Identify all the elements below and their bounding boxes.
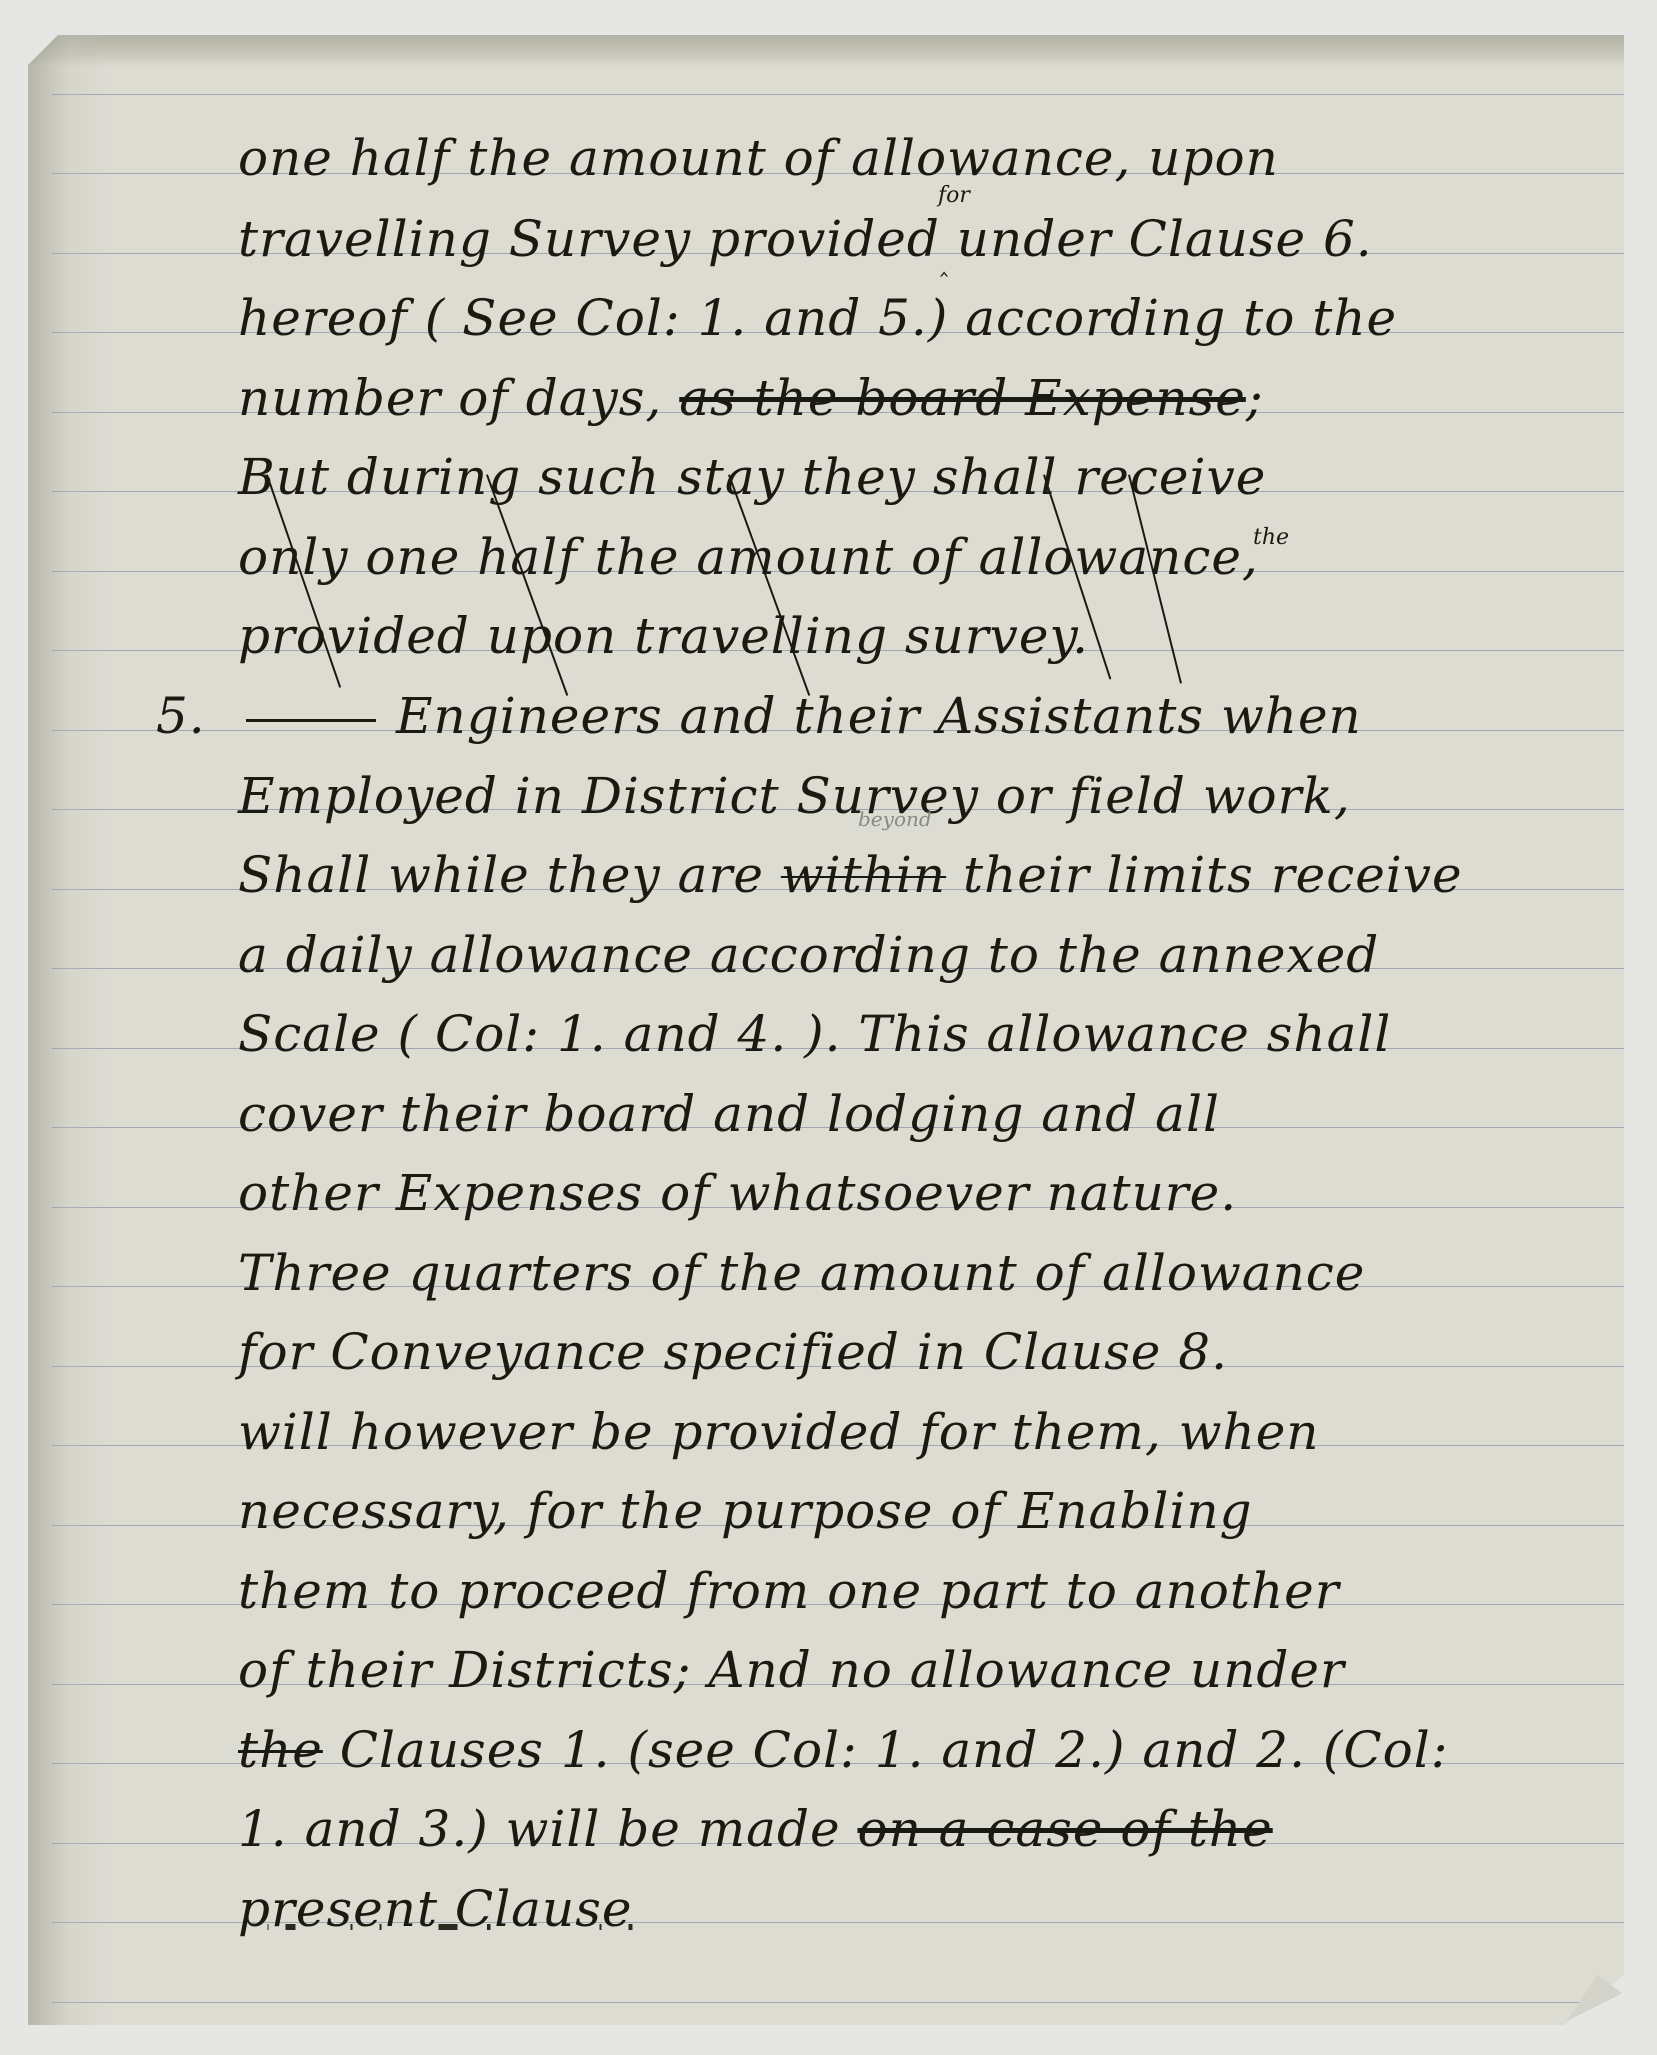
dash-rule <box>246 719 376 722</box>
text-line-3: hereof ( See Col: 1. and 5.) according t… <box>238 293 1397 343</box>
text-line-11: a daily allowance according to the annex… <box>238 930 1379 980</box>
text-line-5: But during such stay they shall receive <box>238 452 1266 502</box>
text-line-20: of their Districts; And no allowance und… <box>238 1645 1345 1695</box>
text-line-6: only one half the amount of allowance, <box>238 532 1259 582</box>
text-line-21: the Clauses 1. (see Col: 1. and 2.) and … <box>238 1725 1449 1775</box>
text-line-1: one half the amount of allowance, upon <box>238 133 1279 183</box>
pencil-insertion-beyond: beyond <box>858 807 932 831</box>
clause-number: 5. <box>156 691 206 741</box>
manuscript-text: one half the amount of allowance, upon t… <box>28 35 1624 2025</box>
text-line-22: 1. and 3.) will be made on a case of the <box>238 1804 1273 1854</box>
text-line-10: Shall while they are within their limits… <box>238 850 1463 900</box>
text-line-15: Three quarters of the amount of allowanc… <box>238 1248 1365 1298</box>
struck-text: the <box>238 1721 323 1779</box>
text-line-13: cover their board and lodging and all <box>238 1089 1220 1139</box>
text-line-4: number of days, as the board Expense; <box>238 373 1264 423</box>
struck-text: within <box>781 846 946 904</box>
text-line-12: Scale ( Col: 1. and 4. ). This allowance… <box>238 1009 1391 1059</box>
text-line-17: will however be provided for them, when <box>238 1407 1320 1457</box>
insertion-the: the <box>1253 525 1289 550</box>
text-line-16: for Conveyance specified in Clause 8. <box>238 1327 1228 1377</box>
text-line-9: Employed in District Survey or field wor… <box>238 771 1351 821</box>
text-line-18: necessary, for the purpose of Enabling <box>238 1486 1253 1536</box>
struck-text: as the board Expense <box>679 369 1246 427</box>
struck-text: present Clause <box>238 1880 632 1938</box>
manuscript-page: one half the amount of allowance, upon t… <box>28 35 1624 2025</box>
insertion-caret-icon: ‸ <box>940 249 948 277</box>
text-line-14: other Expenses of whatsoever nature. <box>238 1168 1237 1218</box>
insertion-for: for <box>938 183 970 208</box>
text-line-2: travelling Survey provided under Clause … <box>238 214 1373 264</box>
text-line-23: present Clause <box>238 1884 632 1934</box>
text-line-19: them to proceed from one part to another <box>238 1566 1340 1616</box>
struck-text: on a case of the <box>857 1800 1272 1858</box>
text-line-7: provided upon travelling survey. <box>238 611 1089 661</box>
text-line-8: 5.Engineers and their Assistants when <box>238 691 1362 741</box>
